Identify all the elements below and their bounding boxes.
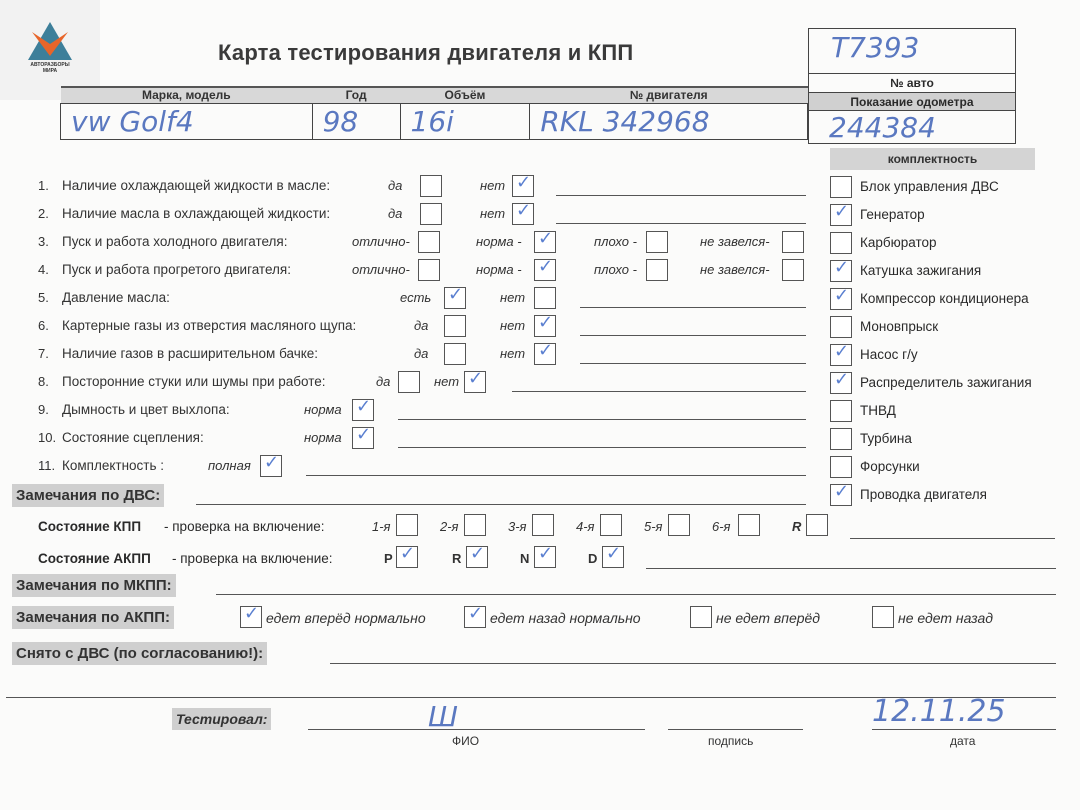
kpp-gear-label: 4-я [576, 519, 595, 534]
check-mark-icon: ✓ [538, 228, 553, 249]
option-label: нет [500, 290, 525, 305]
akpp-gear-checkbox[interactable]: ✓ [396, 546, 418, 568]
remarks-mkpp-line[interactable] [216, 594, 1056, 595]
check-mark-icon: ✓ [516, 172, 531, 193]
option-checkbox[interactable]: ✓ [512, 203, 534, 225]
option-label: не завелся- [700, 262, 770, 277]
odometer-label: Показание одометра [809, 92, 1015, 111]
tested-by-label: Тестировал: [172, 708, 271, 730]
option-label: нет [434, 374, 459, 389]
akpp-remark-checkbox[interactable]: ✓ [240, 606, 262, 628]
check-mark-icon: ✓ [538, 312, 553, 333]
completeness-item-label: ТНВД [860, 403, 896, 418]
option-checkbox[interactable]: ✓ [512, 175, 534, 197]
check-mark-icon: ✓ [356, 424, 371, 445]
date-label: дата [950, 734, 975, 748]
checklist-item-number: 3. [38, 234, 49, 249]
check-mark-icon: ✓ [538, 340, 553, 361]
kpp-gear-label: 3-я [508, 519, 527, 534]
akpp-gear-checkbox[interactable]: ✓ [602, 546, 624, 568]
check-mark-icon: ✓ [606, 543, 621, 564]
completeness-checkbox[interactable]: ✓ [830, 204, 852, 226]
option-checkbox[interactable] [444, 343, 466, 365]
notes-line[interactable] [580, 307, 806, 308]
column-volume: Объём [400, 87, 530, 103]
option-label: плохо - [594, 262, 637, 277]
check-mark-icon: ✓ [538, 256, 553, 277]
akpp-remark-label: едет вперёд нормально [266, 610, 426, 626]
akpp-gear-label: R [452, 551, 461, 566]
checklist-item-number: 6. [38, 318, 49, 333]
checklist-item-number: 8. [38, 374, 49, 389]
completeness-title: комплектность [830, 148, 1035, 170]
checklist-item-label: Пуск и работа прогретого двигателя: [62, 262, 291, 277]
check-mark-icon: ✓ [468, 368, 483, 389]
engine-number-value[interactable]: RKL 342968 [530, 103, 808, 139]
kpp-label-bold: Состояние КПП [38, 519, 141, 534]
option-label: да [414, 346, 428, 361]
completeness-checkbox[interactable]: ✓ [830, 288, 852, 310]
check-mark-icon: ✓ [516, 200, 531, 221]
completeness-item-label: Проводка двигателя [860, 487, 987, 502]
kpp-label-rest: - проверка на включение: [164, 519, 325, 534]
checklist-item-number: 7. [38, 346, 49, 361]
completeness-item-label: Блок управления ДВС [860, 179, 999, 194]
checklist-item-label: Наличие масла в охлаждающей жидкости: [62, 206, 330, 221]
option-label: да [376, 374, 390, 389]
option-label: нет [480, 178, 505, 193]
completeness-checkbox[interactable] [830, 316, 852, 338]
kpp-gear-checkbox[interactable] [668, 514, 690, 536]
option-checkbox[interactable] [420, 175, 442, 197]
notes-line[interactable] [556, 223, 806, 224]
check-mark-icon: ✓ [400, 543, 415, 564]
year-value[interactable]: 98 [312, 103, 400, 139]
check-mark-icon: ✓ [448, 284, 463, 305]
option-checkbox[interactable]: ✓ [534, 231, 556, 253]
checklist-item-label: Наличие газов в расширительном бачке: [62, 346, 318, 361]
check-mark-icon: ✓ [834, 257, 849, 278]
auto-number-label: № авто [809, 73, 1015, 92]
option-checkbox[interactable] [646, 259, 668, 281]
completeness-checkbox[interactable]: ✓ [830, 484, 852, 506]
option-label: плохо - [594, 234, 637, 249]
option-checkbox[interactable] [420, 203, 442, 225]
option-checkbox[interactable] [398, 371, 420, 393]
kpp-gear-checkbox[interactable] [396, 514, 418, 536]
option-label: нет [500, 346, 525, 361]
akpp-gear-checkbox[interactable]: ✓ [466, 546, 488, 568]
checklist-item-number: 5. [38, 290, 49, 305]
option-label: полная [208, 458, 251, 473]
akpp-remark-label: не едет назад [898, 610, 993, 626]
check-mark-icon: ✓ [356, 396, 371, 417]
akpp-remark-label: едет назад нормально [490, 610, 641, 626]
check-mark-icon: ✓ [468, 603, 483, 624]
akpp-remark-checkbox[interactable]: ✓ [464, 606, 486, 628]
completeness-item-label: Генератор [860, 207, 925, 222]
kpp-gear-checkbox[interactable] [806, 514, 828, 536]
auto-number-value[interactable]: T7393 [809, 29, 1015, 73]
kpp-gear-label: R [792, 519, 801, 534]
completeness-item-label: Турбина [860, 431, 912, 446]
column-make-model: Марка, модель [61, 87, 313, 103]
completeness-checkbox[interactable]: ✓ [830, 372, 852, 394]
kpp-gear-checkbox[interactable] [738, 514, 760, 536]
option-checkbox[interactable]: ✓ [260, 455, 282, 477]
date-value[interactable]: 12.11.25 [872, 694, 1006, 729]
checklist-item-label: Комплектность : [62, 458, 164, 473]
checklist-item-label: Состояние сцепления: [62, 430, 204, 445]
remarks-akpp-label: Замечания по АКПП: [12, 606, 174, 629]
remarks-engine-line[interactable] [196, 504, 806, 505]
column-year: Год [312, 87, 400, 103]
check-mark-icon: ✓ [834, 201, 849, 222]
check-mark-icon: ✓ [264, 452, 279, 473]
kpp-gear-label: 2-я [440, 519, 459, 534]
option-label: нет [480, 206, 505, 221]
fio-value[interactable]: Ш [428, 700, 458, 733]
checklist-item-label: Дымность и цвет выхлопа: [62, 402, 230, 417]
option-checkbox[interactable]: ✓ [534, 315, 556, 337]
checklist-item-number: 2. [38, 206, 49, 221]
kpp-gear-checkbox[interactable] [532, 514, 554, 536]
akpp-label-rest: - проверка на включение: [172, 551, 333, 566]
akpp-gear-label: D [588, 551, 597, 566]
checklist-item-label: Пуск и работа холодного двигателя: [62, 234, 288, 249]
odometer-value[interactable]: 244384 [809, 111, 1015, 145]
completeness-checkbox[interactable] [830, 176, 852, 198]
kpp-gear-checkbox[interactable] [600, 514, 622, 536]
check-mark-icon: ✓ [834, 481, 849, 502]
option-checkbox[interactable] [444, 315, 466, 337]
option-label: не завелся- [700, 234, 770, 249]
check-mark-icon: ✓ [538, 543, 553, 564]
option-checkbox[interactable]: ✓ [352, 427, 374, 449]
akpp-remark-checkbox[interactable] [872, 606, 894, 628]
checklist-item-number: 11. [38, 458, 55, 473]
option-label: норма [304, 402, 342, 417]
option-label: есть [400, 290, 431, 305]
option-checkbox[interactable] [782, 231, 804, 253]
checklist-item-label: Картерные газы из отверстия масляного щу… [62, 318, 356, 333]
akpp-gear-label: P [384, 551, 393, 566]
completeness-checkbox[interactable] [830, 232, 852, 254]
option-checkbox[interactable]: ✓ [534, 343, 556, 365]
kpp-gear-checkbox[interactable] [464, 514, 486, 536]
completeness-checkbox[interactable] [830, 456, 852, 478]
notes-line[interactable] [556, 195, 806, 196]
akpp-gear-checkbox[interactable]: ✓ [534, 546, 556, 568]
completeness-item-label: Компрессор кондиционера [860, 291, 1029, 306]
logo: АВТОРАЗБОРЫ МИРА [0, 0, 100, 100]
removed-parts-label: Снято с ДВС (по согласованию!): [12, 642, 267, 665]
checklist-item-number: 10. [38, 430, 56, 445]
checklist-item-number: 4. [38, 262, 49, 277]
fio-line[interactable] [308, 729, 645, 730]
option-label: да [388, 178, 402, 193]
completeness-checkbox[interactable]: ✓ [830, 260, 852, 282]
notes-line[interactable] [512, 391, 806, 392]
check-mark-icon: ✓ [834, 341, 849, 362]
column-engine-number: № двигателя [530, 87, 808, 103]
option-label: нет [500, 318, 525, 333]
option-label: да [414, 318, 428, 333]
vehicle-header-table: Марка, модель Год Объём № двигателя vw G… [60, 86, 808, 140]
option-label: норма - [476, 262, 522, 277]
completeness-checkbox[interactable] [830, 400, 852, 422]
checklist-item-number: 1. [38, 178, 49, 193]
page-title: Карта тестирования двигателя и КПП [218, 40, 633, 66]
completeness-item-label: Карбюратор [860, 235, 937, 250]
kpp-notes-line[interactable] [850, 538, 1055, 539]
check-mark-icon: ✓ [470, 543, 485, 564]
checklist-item-label: Посторонние стуки или шумы при работе: [62, 374, 326, 389]
completeness-item-label: Моновпрыск [860, 319, 938, 334]
option-label: отлично- [352, 262, 410, 277]
logo-text-line2: МИРА [0, 68, 100, 74]
option-label: норма [304, 430, 342, 445]
logo-icon [28, 22, 72, 60]
checklist-item-label: Давление масла: [62, 290, 170, 305]
removed-parts-line[interactable] [330, 663, 1056, 664]
auto-info-box: T7393 № авто Показание одометра 244384 [808, 28, 1016, 144]
completeness-checkbox[interactable]: ✓ [830, 344, 852, 366]
option-checkbox[interactable]: ✓ [352, 399, 374, 421]
option-checkbox[interactable]: ✓ [444, 287, 466, 309]
kpp-gear-label: 1-я [372, 519, 391, 534]
option-checkbox[interactable]: ✓ [534, 259, 556, 281]
notes-line[interactable] [306, 475, 806, 476]
notes-line[interactable] [398, 447, 806, 448]
volume-value[interactable]: 16i [400, 103, 530, 139]
make-model-value[interactable]: vw Golf4 [61, 103, 313, 139]
akpp-label-bold: Состояние АКПП [38, 551, 151, 566]
option-checkbox[interactable] [646, 231, 668, 253]
option-checkbox[interactable]: ✓ [464, 371, 486, 393]
notes-line[interactable] [580, 335, 806, 336]
notes-line[interactable] [398, 419, 806, 420]
kpp-gear-label: 6-я [712, 519, 731, 534]
option-checkbox[interactable] [782, 259, 804, 281]
check-mark-icon: ✓ [834, 285, 849, 306]
akpp-remark-checkbox[interactable] [690, 606, 712, 628]
checklist-item-label: Наличие охлаждающей жидкости в масле: [62, 178, 330, 193]
akpp-notes-line[interactable] [646, 568, 1056, 569]
completeness-checkbox[interactable] [830, 428, 852, 450]
check-mark-icon: ✓ [244, 603, 259, 624]
completeness-item-label: Распределитель зажигания [860, 375, 1032, 390]
option-checkbox[interactable] [418, 259, 440, 281]
signature-label: подпись [708, 734, 753, 748]
checklist-item-number: 9. [38, 402, 49, 417]
completeness-item-label: Форсунки [860, 459, 920, 474]
option-checkbox[interactable] [418, 231, 440, 253]
option-label: норма - [476, 234, 522, 249]
notes-line[interactable] [580, 363, 806, 364]
option-label: отлично- [352, 234, 410, 249]
check-mark-icon: ✓ [834, 369, 849, 390]
option-checkbox[interactable] [534, 287, 556, 309]
completeness-item-label: Катушка зажигания [860, 263, 981, 278]
fio-label: ФИО [452, 734, 479, 748]
signature-line[interactable] [668, 729, 803, 730]
option-label: да [388, 206, 402, 221]
completeness-item-label: Насос г/у [860, 347, 918, 362]
date-line[interactable] [872, 729, 1056, 730]
akpp-remark-label: не едет вперёд [716, 610, 820, 626]
akpp-gear-label: N [520, 551, 529, 566]
remarks-mkpp-label: Замечания по МКПП: [12, 574, 176, 597]
kpp-gear-label: 5-я [644, 519, 663, 534]
remarks-engine-label: Замечания по ДВС: [12, 484, 164, 507]
